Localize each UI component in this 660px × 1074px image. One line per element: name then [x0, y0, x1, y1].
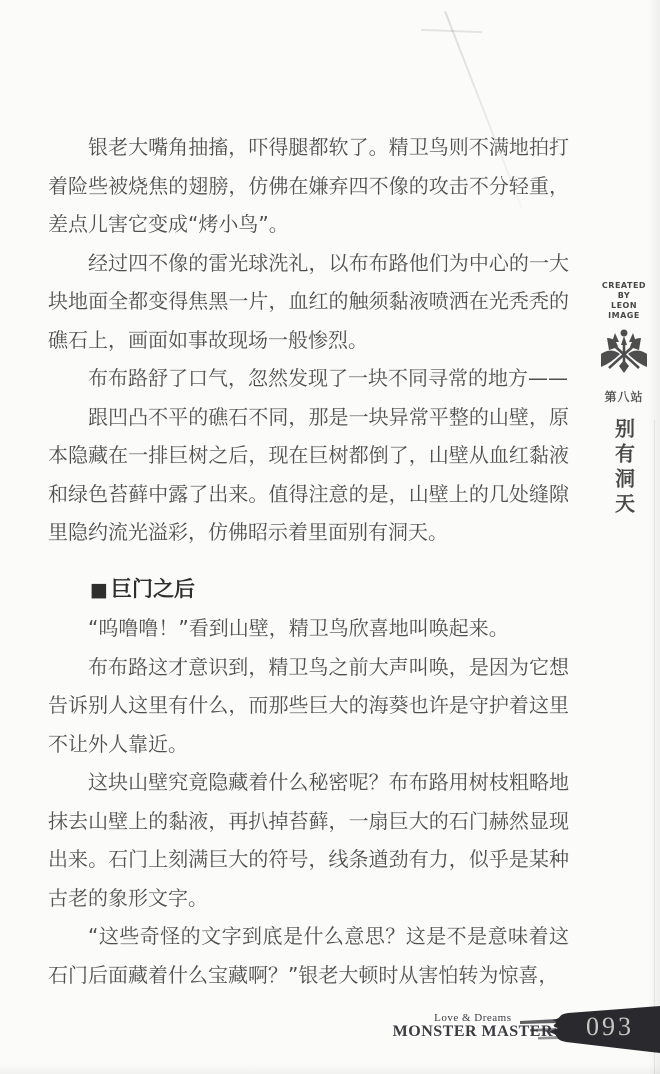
- section-heading-label: 巨门之后: [111, 577, 195, 601]
- credit-line: LEON: [595, 301, 653, 311]
- paragraph: 经过四不像的雷光球洗礼，以布布路他们为中心的一大块地面全都变得焦黑一片，血红的触…: [48, 244, 569, 360]
- page-number: 093: [586, 1012, 634, 1042]
- paragraph: 这块山壁究竟隐藏着什么秘密呢？布布路用树枝粗略地抹去山壁上的黏液，再扒掉苔藓，一…: [48, 763, 569, 917]
- page-number-ink-swash: 093: [512, 1004, 660, 1056]
- credit-line: CREATED: [595, 281, 653, 291]
- chapter-sidebar: CREATED BY LEON IMAGE 第八站: [595, 281, 653, 523]
- paragraph: “这些奇怪的文字到底是什么意思？这是不是意味着这石门后面藏着什么宝藏啊？”银老大…: [48, 917, 569, 994]
- credit-line: IMAGE: [595, 311, 653, 321]
- square-bullet-icon: ■: [90, 579, 108, 601]
- paragraph: 跟凹凸不平的礁石不同，那是一块异常平整的山壁，原本隐藏在一排巨树之后，现在巨树都…: [48, 398, 569, 552]
- publisher-credit: CREATED BY LEON IMAGE: [595, 281, 653, 321]
- credit-line: BY: [595, 291, 653, 301]
- monster-crest-icon: [599, 328, 649, 374]
- paragraph: 布布路舒了口气，忽然发现了一块不同寻常的地方——: [48, 359, 569, 398]
- page-edge-shadow-right: [648, 0, 660, 1074]
- paragraph: 银老大嘴角抽搐，吓得腿都软了。精卫鸟则不满地拍打着险些被烧焦的翅膀，仿佛在嫌弃四…: [48, 128, 569, 244]
- station-label: 第八站: [595, 388, 653, 405]
- chapter-title: 别有洞天: [610, 413, 639, 523]
- paragraph: “呜噜噜！”看到山壁，精卫鸟欣喜地叫唤起来。: [48, 609, 569, 648]
- section-heading: ■巨门之后: [48, 570, 569, 610]
- book-page: 银老大嘴角抽搐，吓得腿都软了。精卫鸟则不满地拍打着险些被烧焦的翅膀，仿佛在嫌弃四…: [0, 0, 660, 1074]
- page-edge-shadow-bottom: [0, 1064, 660, 1074]
- story-text: 银老大嘴角抽搐，吓得腿都软了。精卫鸟则不满地拍打着险些被烧焦的翅膀，仿佛在嫌弃四…: [48, 128, 569, 994]
- paragraph: 布布路这才意识到，精卫鸟之前大声叫唤，是因为它想告诉别人这里有什么，而那些巨大的…: [48, 648, 569, 764]
